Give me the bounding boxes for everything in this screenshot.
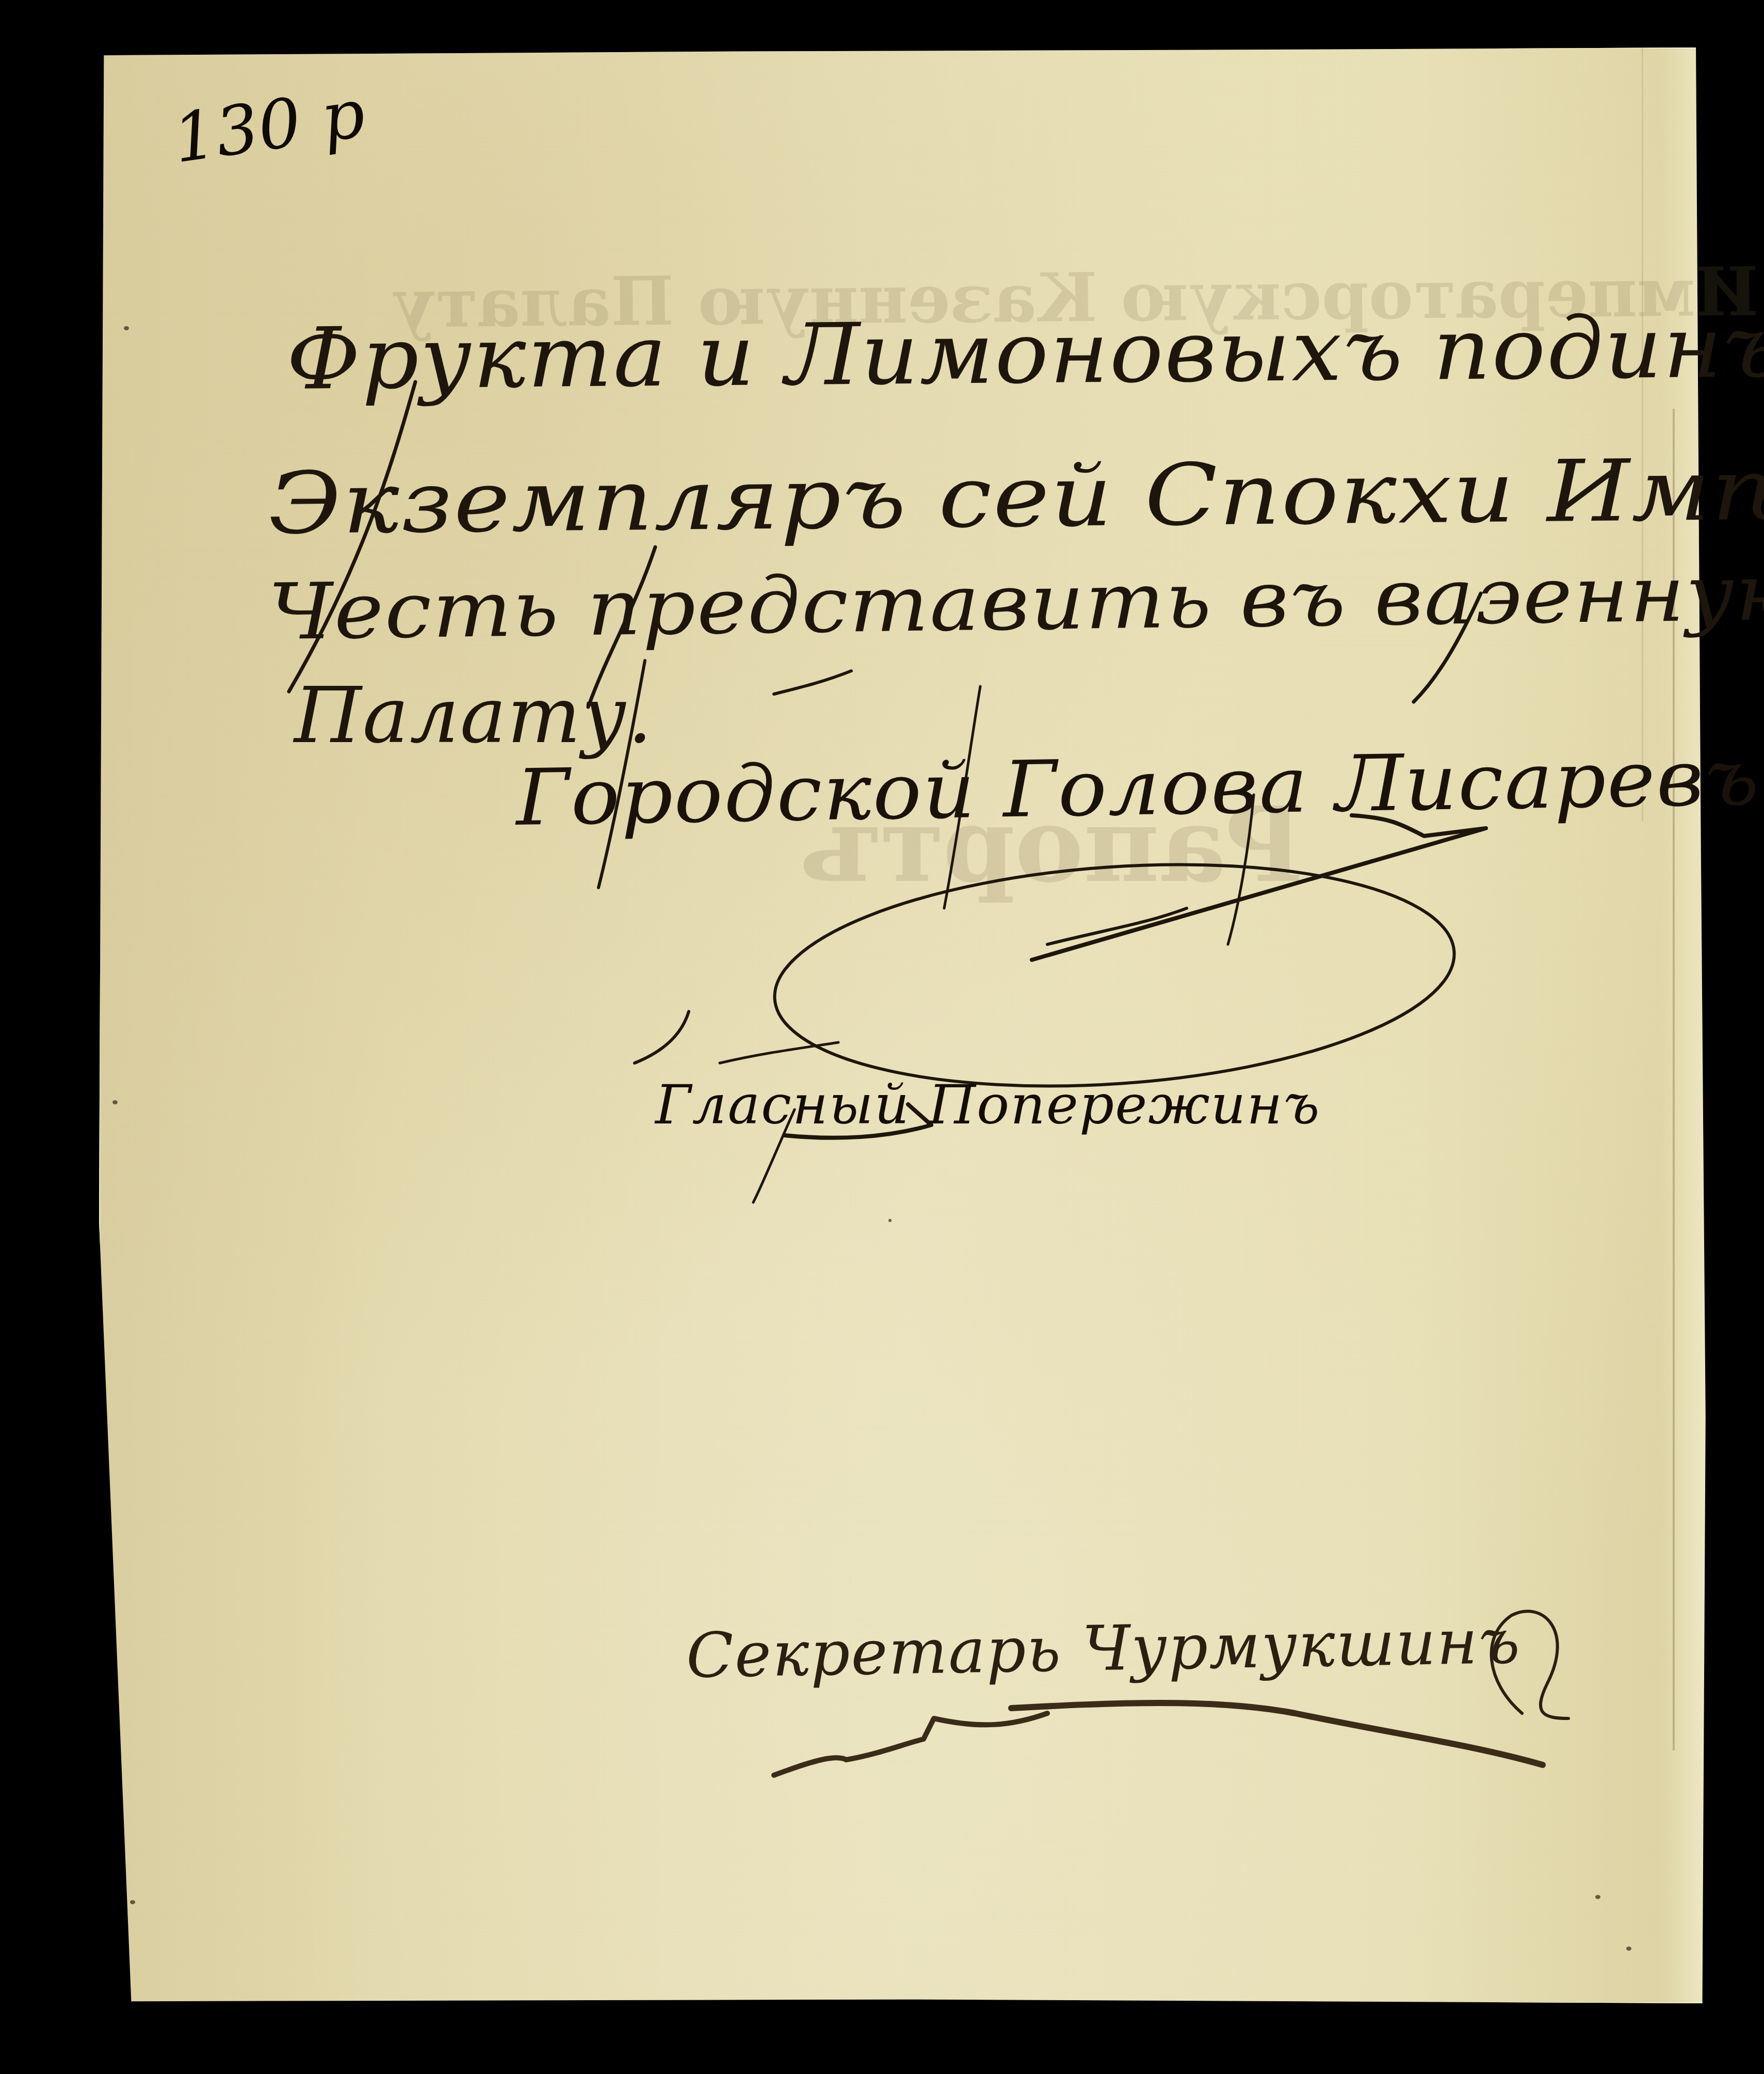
paper-speck (1626, 1947, 1631, 1951)
signature-secretary: Секретарь Чурмукшинъ (686, 1606, 1522, 1692)
paper-speck (888, 1219, 892, 1222)
signature-councillor: Гласный Попережинъ (655, 1073, 1321, 1136)
paper-speck (124, 326, 129, 330)
body-line-2: Экземпляръ сей Спокхи Имѣю (268, 439, 1764, 553)
paper-speck (112, 1100, 118, 1104)
body-line-1: Фрукта и Лимоновыхъ подинъ (286, 297, 1764, 409)
paper-speck (1595, 1895, 1600, 1899)
body-line-4: Палату. (294, 671, 653, 761)
paper-speck (130, 1900, 135, 1904)
paper-fold-line (1642, 47, 1643, 822)
